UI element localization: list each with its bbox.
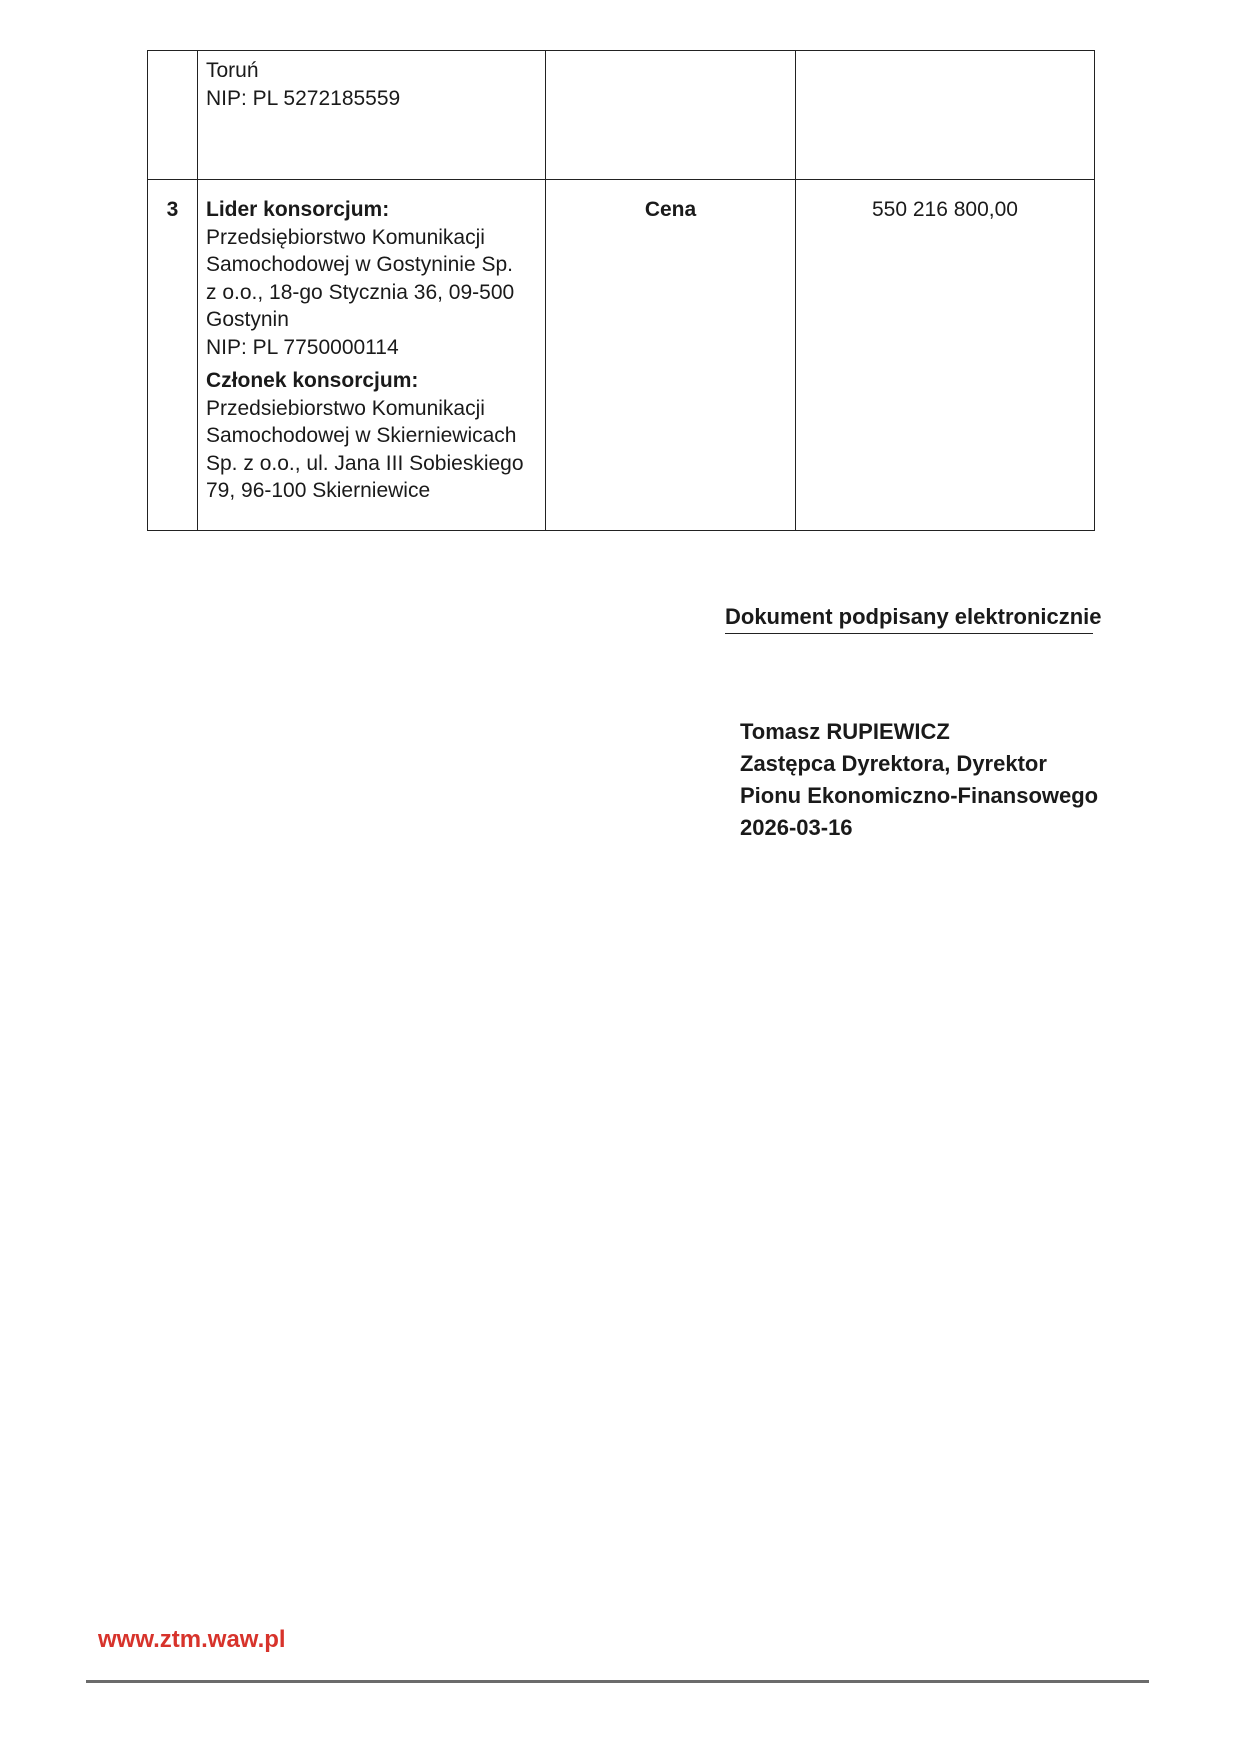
leader-nip: NIP: PL 7750000114 xyxy=(206,334,539,362)
leader-line: Samochodowej w Gostyninie Sp. xyxy=(206,251,539,279)
criterion-cell xyxy=(546,51,796,180)
signature-block: Tomasz RUPIEWICZ Zastępca Dyrektora, Dyr… xyxy=(740,716,1098,844)
document-page: Toruń NIP: PL 5272185559 3 Lider konsorc… xyxy=(0,0,1241,1754)
table-row: 3 Lider konsorcjum: Przedsiębiorstwo Kom… xyxy=(148,180,1095,531)
signatory-name: Tomasz RUPIEWICZ xyxy=(740,716,1098,748)
member-line: Samochodowej w Skierniewicach xyxy=(206,422,539,450)
contractor-cell: Lider konsorcjum: Przedsiębiorstwo Komun… xyxy=(198,180,546,531)
contractor-nip: NIP: PL 5272185559 xyxy=(206,85,539,113)
value-cell xyxy=(796,51,1095,180)
signature-date: 2026-03-16 xyxy=(740,812,1098,844)
leader-line: Przedsiębiorstwo Komunikacji xyxy=(206,224,539,252)
offer-number-cell xyxy=(148,51,198,180)
leader-line: z o.o., 18-go Stycznia 36, 09-500 xyxy=(206,279,539,307)
member-line: 79, 96-100 Skierniewice xyxy=(206,477,539,505)
signatory-department: Pionu Ekonomiczno-Finansowego xyxy=(740,780,1098,812)
leader-line: Gostynin xyxy=(206,306,539,334)
offers-table: Toruń NIP: PL 5272185559 3 Lider konsorc… xyxy=(147,50,1095,531)
signatory-title: Zastępca Dyrektora, Dyrektor xyxy=(740,748,1098,780)
leader-label: Lider konsorcjum: xyxy=(206,196,539,224)
signed-electronically-note: Dokument podpisany elektronicznie xyxy=(725,604,1093,634)
offer-number-cell: 3 xyxy=(148,180,198,531)
table-row: Toruń NIP: PL 5272185559 xyxy=(148,51,1095,180)
member-label: Członek konsorcjum: xyxy=(206,367,539,395)
contractor-city: Toruń xyxy=(206,57,539,85)
contractor-cell: Toruń NIP: PL 5272185559 xyxy=(198,51,546,180)
footer-divider xyxy=(86,1680,1149,1683)
value-cell: 550 216 800,00 xyxy=(796,180,1095,531)
footer-website-link[interactable]: www.ztm.waw.pl xyxy=(98,1626,286,1654)
member-line: Przedsiebiorstwo Komunikacji xyxy=(206,395,539,423)
member-line: Sp. z o.o., ul. Jana III Sobieskiego xyxy=(206,450,539,478)
criterion-cell: Cena xyxy=(546,180,796,531)
